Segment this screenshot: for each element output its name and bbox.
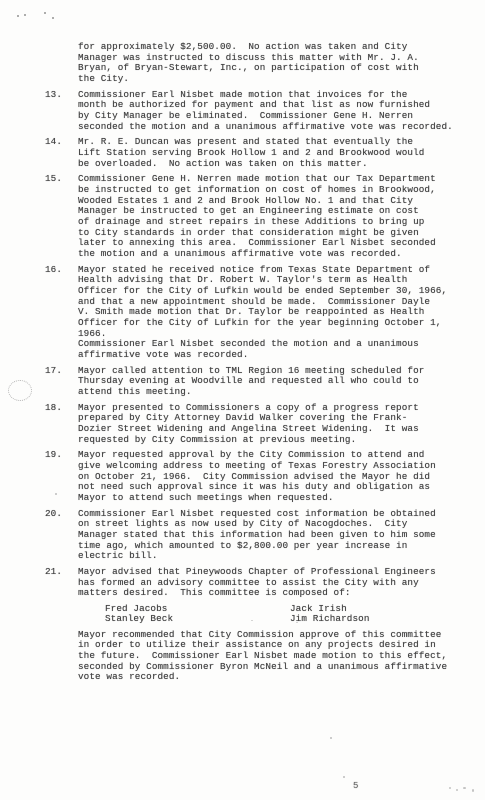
item-text: Commissioner Earl Nisbet made motion tha… xyxy=(78,90,468,133)
item-number: 14. xyxy=(45,137,78,169)
item-number: 13. xyxy=(45,90,78,133)
minute-item-17: 17. Mayor called attention to TML Region… xyxy=(45,366,470,398)
committee-member: Jim Richardson xyxy=(290,614,460,625)
scan-speck xyxy=(251,620,253,621)
item-text: Mayor presented to Commissioners a copy … xyxy=(78,403,468,446)
minute-item-18: 18. Mayor presented to Commissioners a c… xyxy=(45,403,470,446)
minute-item-20: 20. Commissioner Earl Nisbet requested c… xyxy=(45,509,470,563)
minute-item-15: 15. Commissioner Gene H. Nerren made mot… xyxy=(45,174,470,260)
scanned-minutes-page: for approximately $2,500.00. No action w… xyxy=(0,0,485,800)
document-body: for approximately $2,500.00. No action w… xyxy=(45,42,470,688)
closing-paragraph: Mayor recommended that City Commission a… xyxy=(78,630,468,684)
paragraph-continuation: for approximately $2,500.00. No action w… xyxy=(78,42,468,85)
item-number: 20. xyxy=(45,509,78,563)
item-number: 16. xyxy=(45,265,78,361)
item-number: 17. xyxy=(45,366,78,398)
scan-speck xyxy=(55,493,57,495)
item-number: 19. xyxy=(45,450,78,504)
scan-speck xyxy=(44,12,46,14)
item-text: Mayor requested approval by the City Com… xyxy=(78,450,468,504)
minute-item-13: 13. Commissioner Earl Nisbet made motion… xyxy=(45,90,470,133)
item-number: 15. xyxy=(45,174,78,260)
page-number: 5 xyxy=(353,781,358,792)
scan-speck xyxy=(456,789,458,791)
scan-speck xyxy=(330,737,332,739)
committee-column-left: Fred Jacobs Stanley Beck xyxy=(105,604,290,625)
minute-item-19: 19. Mayor requested approval by the City… xyxy=(45,450,470,504)
item-text: Commissioner Earl Nisbet requested cost … xyxy=(78,509,468,563)
committee-member: Stanley Beck xyxy=(105,614,290,625)
item-text: Mayor advised that Pineywoods Chapter of… xyxy=(78,567,468,599)
item-text: Commissioner Gene H. Nerren made motion … xyxy=(78,174,468,260)
scan-speck xyxy=(24,14,26,16)
minute-item-21: 21. Mayor advised that Pineywoods Chapte… xyxy=(45,567,470,683)
scan-speck xyxy=(463,787,466,789)
scan-speck xyxy=(472,789,474,792)
committee-column-right: Jack Irish Jim Richardson xyxy=(290,604,460,625)
item-number: 18. xyxy=(45,403,78,446)
minute-item-14: 14. Mr. R. E. Duncan was present and sta… xyxy=(45,137,470,169)
scan-speck xyxy=(52,17,54,19)
item-text: Mayor called attention to TML Region 16 … xyxy=(78,366,468,398)
scan-speck xyxy=(343,776,345,778)
item-number: 21. xyxy=(45,567,78,683)
minute-item-16: 16. Mayor stated he received notice from… xyxy=(45,265,470,361)
scan-speck xyxy=(17,15,19,17)
committee-names: Fred Jacobs Stanley Beck Jack Irish Jim … xyxy=(105,604,468,625)
item-21-body: Mayor advised that Pineywoods Chapter of… xyxy=(78,567,468,683)
scan-speck xyxy=(449,787,451,789)
item-text: Mayor stated he received notice from Tex… xyxy=(78,265,468,361)
scan-speck xyxy=(296,622,298,623)
item-text: Mr. R. E. Duncan was present and stated … xyxy=(78,137,468,169)
punch-hole-mark xyxy=(8,380,32,401)
